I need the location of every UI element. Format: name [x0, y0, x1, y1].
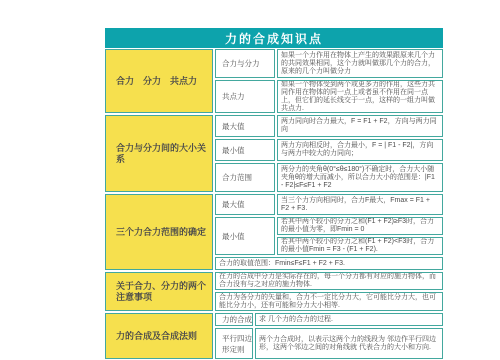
branch-rows: 合力与分力如果一个力作用在物体上产生的效果跟原来几个力的共同效果相同，这个力就叫… [215, 49, 443, 113]
branch-section: 力的合成及合成法则力的合成求 几个力的合力的过程.平行四边形定则两个力合成时，以… [105, 313, 443, 359]
detail-stack: 两个力合成时，以表示这两个力的线段为 邻边作平行四边形，这两个邻边之间的对角线就… [255, 328, 443, 359]
detail-stack: 两分力的夹角θ(0°≤θ≤180°)不确定时，合力大小随夹角θ的增大而减小，所以… [277, 163, 443, 192]
branch-section: 合力与分力间的大小关系最大值两力同向时合力最大，F = F1 + F2，方向与两… [105, 115, 443, 192]
branch-row: 最小值两力方向相反时，合力最小，F = | F1 - F2|，方向与两力中较大的… [215, 139, 443, 161]
branch-rows: 最大值当三个力方向相同时，合力F最大，Fmax = F1 + F2 + F3.最… [215, 194, 443, 270]
detail-stack: 当三个力方向相同时，合力F最大，Fmax = F1 + F2 + F3. [277, 194, 443, 215]
detail-text: 如果一个力作用在物体上产生的效果跟原来几个力的共同效果相同，这个力就叫做那几个力… [277, 49, 443, 78]
detail-text: 两个力合成时，以表示这两个力的线段为 邻边作平行四边形，这两个邻边之间的对角线就… [255, 328, 443, 359]
detail-stack: 若其中两个较小的分力之和(F1 + F2)≥F3时，合力的最小值为零，即Fmin… [277, 217, 443, 255]
branch-row: 在力的合成中分力是实际存在的，每一个分力都有对应的施力物体，而合力没有与之对应的… [215, 272, 443, 290]
detail-text: 求 几个力的合力的过程. [255, 313, 443, 326]
detail-text: 两力方向相反时，合力最小，F = | F1 - F2|，方向与两力中较大的力同向… [277, 139, 443, 161]
branch-section: 三个力合力范围的确定最大值当三个力方向相同时，合力F最大，Fmax = F1 +… [105, 194, 443, 270]
detail-text: 如果一个物体受到两个或更多力的作用，这些力共同作用在物体的同一点上或者虽不作用在… [277, 80, 443, 113]
branch-rows: 在力的合成中分力是实际存在的，每一个分力都有对应的施力物体，而合力没有与之对应的… [215, 272, 443, 311]
detail-stack: 在力的合成中分力是实际存在的，每一个分力都有对应的施力物体，而合力没有与之对应的… [215, 272, 443, 290]
branch-label: 合力 分力 共点力 [105, 49, 213, 113]
sub-branch-label: 合力范围 [215, 163, 275, 192]
mindmap-canvas: 力的合成知识点 合力 分力 共点力合力与分力如果一个力作用在物体上产生的效果跟原… [0, 0, 500, 360]
detail-stack: 两力同向时合力最大，F = F1 + F2，方向与两力同向 [277, 115, 443, 137]
sub-branch-label: 最小值 [215, 139, 275, 161]
sub-branch-label: 最大值 [215, 115, 275, 137]
branch-section: 关于合力、分力的两个注意事项在力的合成中分力是实际存在的，每一个分力都有对应的施… [105, 272, 443, 311]
sub-branch-label: 最大值 [215, 194, 275, 215]
branch-row: 合力与分力如果一个力作用在物体上产生的效果跟原来几个力的共同效果相同，这个力就叫… [215, 49, 443, 78]
detail-stack: 如果一个力作用在物体上产生的效果跟原来几个力的共同效果相同，这个力就叫做那几个力… [277, 49, 443, 78]
mindmap-title: 力的合成知识点 [105, 28, 443, 48]
sub-branch-label: 平行四边形定则 [215, 328, 253, 359]
branch-section: 合力 分力 共点力合力与分力如果一个力作用在物体上产生的效果跟原来几个力的共同效… [105, 49, 443, 113]
detail-text: 合力的取值范围：Fmin≤F≤F1 + F2 + F3. [215, 257, 443, 270]
sub-branch-label: 最小值 [215, 217, 275, 255]
branch-row: 合力范围两分力的夹角θ(0°≤θ≤180°)不确定时，合力大小随夹角θ的增大而减… [215, 163, 443, 192]
branch-row: 力的合成求 几个力的合力的过程. [215, 313, 443, 326]
branch-row: 最大值当三个力方向相同时，合力F最大，Fmax = F1 + F2 + F3. [215, 194, 443, 215]
sub-branch-label: 合力与分力 [215, 49, 275, 78]
branch-rows: 力的合成求 几个力的合力的过程.平行四边形定则两个力合成时，以表示这两个力的线段… [215, 313, 443, 359]
mindmap: 力的合成知识点 合力 分力 共点力合力与分力如果一个力作用在物体上产生的效果跟原… [105, 28, 443, 359]
branch-row: 共点力如果一个物体受到两个或更多力的作用，这些力共同作用在物体的同一点上或者虽不… [215, 80, 443, 113]
detail-stack: 合力为各分力的矢量和，合力不一定比分力大，它可能比分力大，也可能比分力小，还有可… [215, 292, 443, 311]
detail-stack: 合力的取值范围：Fmin≤F≤F1 + F2 + F3. [215, 257, 443, 270]
detail-text: 合力为各分力的矢量和，合力不一定比分力大，它可能比分力大，也可能比分力小，还有可… [215, 292, 443, 311]
branch-row: 合力的取值范围：Fmin≤F≤F1 + F2 + F3. [215, 257, 443, 270]
branch-row: 最大值两力同向时合力最大，F = F1 + F2，方向与两力同向 [215, 115, 443, 137]
sub-branch-label: 共点力 [215, 80, 275, 113]
mindmap-body: 合力 分力 共点力合力与分力如果一个力作用在物体上产生的效果跟原来几个力的共同效… [105, 48, 443, 359]
detail-text: 在力的合成中分力是实际存在的，每一个分力都有对应的施力物体，而合力没有与之对应的… [215, 272, 443, 290]
detail-stack: 求 几个力的合力的过程. [255, 313, 443, 326]
branch-label: 三个力合力范围的确定 [105, 194, 213, 270]
detail-stack: 两力方向相反时，合力最小，F = | F1 - F2|，方向与两力中较大的力同向… [277, 139, 443, 161]
detail-stack: 如果一个物体受到两个或更多力的作用，这些力共同作用在物体的同一点上或者虽不作用在… [277, 80, 443, 113]
sub-branch-label: 力的合成 [215, 313, 253, 326]
branch-label: 合力与分力间的大小关系 [105, 115, 213, 192]
branch-row: 平行四边形定则两个力合成时，以表示这两个力的线段为 邻边作平行四边形，这两个邻边… [215, 328, 443, 359]
branch-label: 力的合成及合成法则 [105, 313, 213, 359]
branch-rows: 最大值两力同向时合力最大，F = F1 + F2，方向与两力同向最小值两力方向相… [215, 115, 443, 192]
detail-text: 两力同向时合力最大，F = F1 + F2，方向与两力同向 [277, 115, 443, 137]
detail-text: 若其中两个较小的分力之和(F1 + F2)<F3时，合力的最小值Fmin = F… [277, 237, 443, 255]
branch-label: 关于合力、分力的两个注意事项 [105, 272, 213, 311]
detail-text: 当三个力方向相同时，合力F最大，Fmax = F1 + F2 + F3. [277, 194, 443, 215]
detail-text: 两分力的夹角θ(0°≤θ≤180°)不确定时，合力大小随夹角θ的增大而减小，所以… [277, 163, 443, 192]
branch-row: 合力为各分力的矢量和，合力不一定比分力大，它可能比分力大，也可能比分力小，还有可… [215, 292, 443, 311]
detail-text: 若其中两个较小的分力之和(F1 + F2)≥F3时，合力的最小值为零，即Fmin… [277, 217, 443, 235]
branch-row: 最小值若其中两个较小的分力之和(F1 + F2)≥F3时，合力的最小值为零，即F… [215, 217, 443, 255]
